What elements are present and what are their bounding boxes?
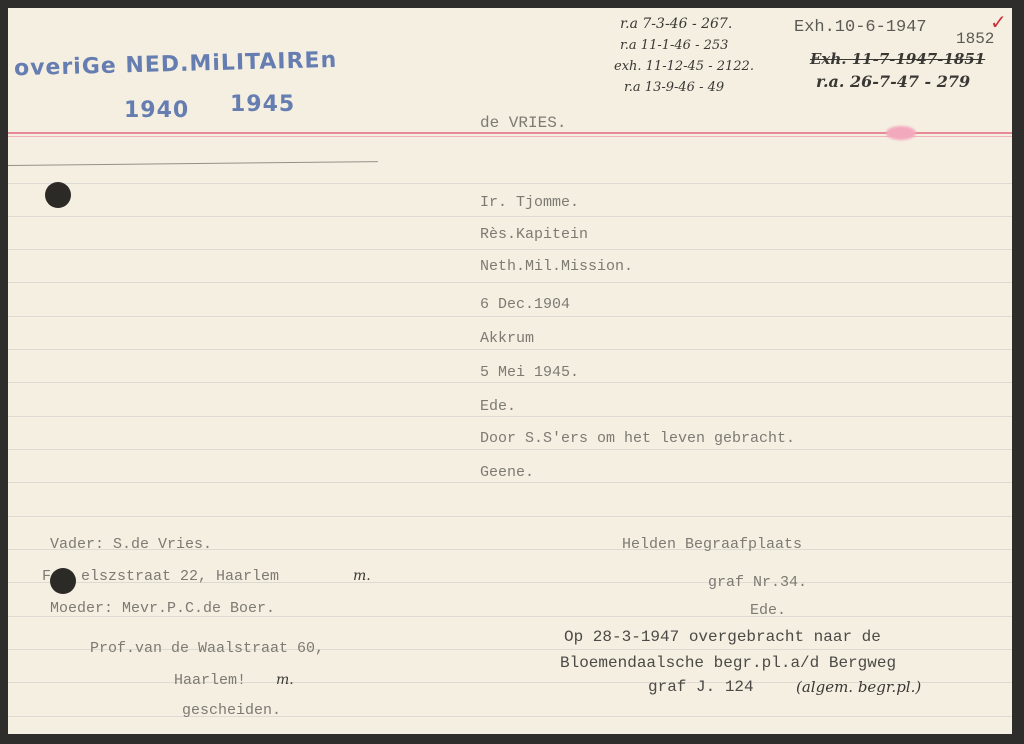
red-check-icon: ✓ <box>990 10 1007 34</box>
punch-hole-bottom <box>50 568 76 594</box>
transfer-line-2: Bloemendaalsche begr.pl.a/d Bergweg <box>560 654 896 672</box>
punch-hole-top <box>45 182 71 208</box>
red-header-rule-secondary <box>8 136 1012 137</box>
cemetery: Helden Begraafplaats <box>622 536 802 553</box>
ruled-line <box>8 449 1012 450</box>
father-address: elszstraat 22, Haarlem <box>81 568 279 585</box>
red-header-rule <box>8 132 1012 134</box>
pencil-line <box>8 161 378 166</box>
death-place: Ede. <box>480 398 516 415</box>
stamp-year-start: 1940 <box>124 98 189 123</box>
mother: Moeder: Mevr.P.C.de Boer. <box>50 600 275 617</box>
rank: Rès.Kapitein <box>480 226 588 243</box>
stamp-category: overiGe NED.MiLITAIREn <box>14 48 338 81</box>
ruled-line <box>8 216 1012 217</box>
struck-exhumation-note: Exh. 11-7-1947-1851 <box>810 50 985 68</box>
father: Vader: S.de Vries. <box>50 536 212 553</box>
ruled-line <box>8 316 1012 317</box>
handwritten-note-3: exh. 11-12-45 - 2122. <box>614 59 754 74</box>
given-name: Ir. Tjomme. <box>480 194 579 211</box>
surname: de VRIES. <box>480 114 566 132</box>
ruled-line <box>8 349 1012 350</box>
ruled-line <box>8 183 1012 184</box>
handwritten-note-1: r.a 7-3-46 - 267. <box>620 16 732 32</box>
transfer-handwritten-note: (algem. begr.pl.) <box>796 678 921 696</box>
exhumation-date: Exh.10-6-1947 <box>794 18 927 37</box>
birth-place: Akkrum <box>480 330 534 347</box>
death-date: 5 Mei 1945. <box>480 364 579 381</box>
ruled-line <box>8 416 1012 417</box>
cause-of-death: Door S.S'ers om het leven gebracht. <box>480 430 795 447</box>
ruled-line <box>8 482 1012 483</box>
ruled-line <box>8 716 1012 717</box>
ink-splotch <box>886 126 916 140</box>
transfer-line-3: graf J. 124 <box>648 678 754 696</box>
burial-place: Ede. <box>750 602 786 619</box>
handwritten-note-2: r.a 11-1-46 - 253 <box>620 38 728 53</box>
mother-city: Haarlem! <box>174 672 246 689</box>
register-number: 1852 <box>956 30 994 48</box>
ruled-line <box>8 249 1012 250</box>
father-mark: m. <box>353 568 371 584</box>
ruled-line <box>8 282 1012 283</box>
handwritten-note-4: r.a 13-9-46 - 49 <box>624 80 724 95</box>
birth-date: 6 Dec.1904 <box>480 296 570 313</box>
archive-index-card: overiGe NED.MiLITAIREn 1940 1945 r.a 7-3… <box>8 8 1012 734</box>
transfer-line-1: Op 28-3-1947 overgebracht naar de <box>564 628 881 646</box>
ruled-line <box>8 516 1012 517</box>
unit: Neth.Mil.Mission. <box>480 258 633 275</box>
mother-address: Prof.van de Waalstraat 60, <box>90 640 324 657</box>
mother-mark: m. <box>276 672 294 688</box>
ruled-line <box>8 382 1012 383</box>
spouse: Geene. <box>480 464 534 481</box>
marital-status: gescheiden. <box>182 702 281 719</box>
grave-number: graf Nr.34. <box>708 574 807 591</box>
ra-note: r.a. 26-7-47 - 279 <box>816 72 970 91</box>
stamp-year-end: 1945 <box>230 92 295 117</box>
